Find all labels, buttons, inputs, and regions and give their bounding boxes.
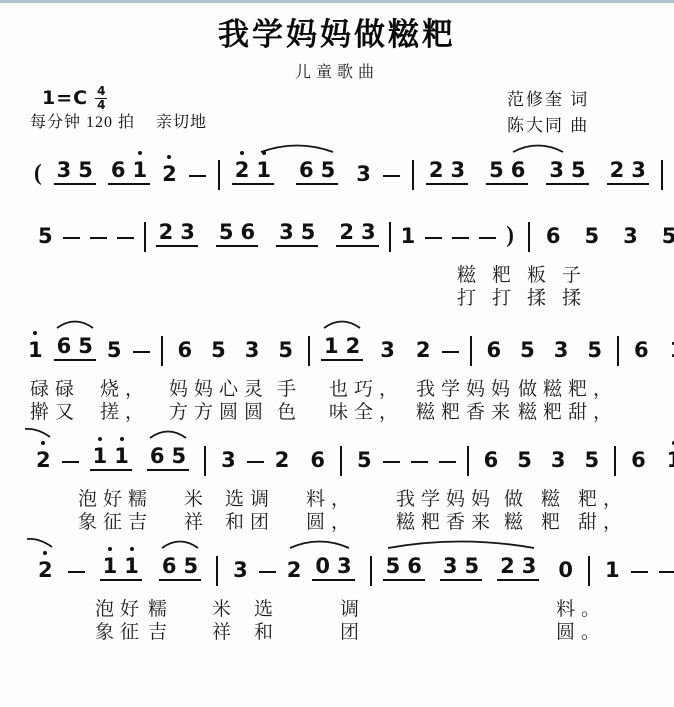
duration-dash bbox=[383, 175, 400, 178]
slur-arc bbox=[387, 537, 535, 550]
note-digit: 5 bbox=[517, 449, 532, 471]
note-digit: 5 bbox=[321, 159, 336, 181]
duration-dash bbox=[62, 461, 79, 464]
lyric-segment: 糍粑香来 bbox=[416, 397, 516, 424]
slur-arc bbox=[26, 537, 53, 550]
note-digit: 1 bbox=[93, 445, 108, 467]
note-digit: 3 bbox=[337, 555, 352, 577]
note-digit: 2 bbox=[416, 339, 431, 361]
note-digit: 6 bbox=[299, 159, 314, 181]
note-digit: 5 bbox=[585, 225, 600, 247]
rest-note: 0 bbox=[558, 559, 573, 581]
octave-dot bbox=[138, 151, 142, 155]
note-digit: 2 bbox=[346, 335, 361, 357]
octave-dot bbox=[33, 331, 37, 335]
note-digit: 3 bbox=[279, 221, 294, 243]
note-digit: 6 bbox=[546, 225, 561, 247]
note-digit: 5 bbox=[278, 339, 293, 361]
duration-dash bbox=[189, 175, 206, 178]
beam-group: 65 bbox=[147, 445, 189, 471]
lyric-segment: 全， bbox=[354, 397, 404, 424]
sheet-music-page: 我学妈妈做糍粑 儿童歌曲 1=C 4 4 每分钟 120 拍 亲切地 范修奎 词… bbox=[0, 0, 674, 707]
note-digit: 6 bbox=[631, 449, 646, 471]
note-digit: 5 bbox=[662, 225, 674, 247]
note-digit: 3 bbox=[451, 159, 466, 181]
note-digit: 3 bbox=[380, 339, 395, 361]
note-digit: 1 bbox=[124, 555, 139, 577]
lyrics-row: 碌碌烧，妈妈心灵手也巧，我学妈妈做糍粑， bbox=[0, 374, 674, 397]
octave-dot bbox=[240, 151, 244, 155]
beam-group: 23 bbox=[497, 555, 539, 581]
duration-dash bbox=[117, 237, 134, 240]
note-digit: 2 bbox=[36, 449, 51, 471]
note-digit: 3 bbox=[180, 221, 195, 243]
note-digit: 6 bbox=[150, 445, 165, 467]
lyric-segment: 吉 bbox=[148, 617, 173, 644]
duration-dash bbox=[439, 461, 456, 464]
barline bbox=[218, 160, 220, 190]
lyric-segment: 糍粑香来 bbox=[396, 507, 496, 534]
beam-group: 03 bbox=[312, 555, 354, 581]
note-digit: 3 bbox=[356, 163, 371, 185]
lyric-segment: 团 bbox=[340, 617, 365, 644]
note-digit: 6 bbox=[162, 555, 177, 577]
music-line-5: 21165320356352301 bbox=[38, 535, 674, 581]
note-digit: 3 bbox=[522, 555, 537, 577]
lyric-segment: 和 bbox=[254, 617, 279, 644]
octave-dot bbox=[130, 547, 134, 551]
note-digit: 5 bbox=[587, 339, 602, 361]
duration-dash bbox=[631, 571, 648, 574]
lyric-segment: 搓， bbox=[100, 397, 150, 424]
note-digit: 6 bbox=[111, 159, 126, 181]
note-digit: 1 bbox=[670, 339, 674, 361]
beam-group: 11 bbox=[90, 445, 132, 471]
note-digit: 3 bbox=[631, 159, 646, 181]
note-digit: 2 bbox=[38, 559, 53, 581]
duration-dash bbox=[452, 237, 469, 240]
lyrics-row: 糍粑粄子 bbox=[0, 260, 674, 283]
beam-group: 12 bbox=[321, 335, 363, 361]
lyrics-row: 打打揉揉 bbox=[0, 283, 674, 306]
note-digit: 6 bbox=[178, 339, 193, 361]
note-digit: 1 bbox=[324, 335, 339, 357]
note-digit: 5 bbox=[219, 221, 234, 243]
note-digit: 6 bbox=[511, 159, 526, 181]
lyrics-row: 象征吉祥和团圆。 bbox=[0, 617, 674, 640]
note-digit: 3 bbox=[443, 555, 458, 577]
note-digit: 2 bbox=[275, 449, 290, 471]
note-digit: 2 bbox=[287, 559, 302, 581]
note-digit: 2 bbox=[429, 159, 444, 181]
note-digit: 3 bbox=[361, 221, 376, 243]
note-digit: 5 bbox=[585, 449, 600, 471]
note-digit: 1 bbox=[133, 159, 148, 181]
duration-dash bbox=[247, 461, 264, 464]
note-digit: 5 bbox=[489, 159, 504, 181]
barline bbox=[412, 160, 414, 190]
lyric-segment: 祥 bbox=[212, 617, 237, 644]
note-digit: 1 bbox=[28, 339, 43, 361]
note-digit: 2 bbox=[162, 163, 177, 185]
barline bbox=[216, 556, 218, 586]
note-digit: 5 bbox=[465, 555, 480, 577]
beam-group: 56 bbox=[216, 221, 258, 247]
slur-arc bbox=[260, 141, 334, 154]
note-digit: 1 bbox=[401, 225, 416, 247]
lyric-segment: 甜， bbox=[578, 507, 628, 534]
slur-arc bbox=[323, 317, 361, 330]
note-digit: 5 bbox=[520, 339, 535, 361]
lyric-segment: 象征 bbox=[95, 617, 145, 644]
barline bbox=[144, 222, 146, 252]
note-digit: 5 bbox=[301, 221, 316, 243]
beam-group: 65 bbox=[54, 335, 96, 361]
duration-dash bbox=[259, 571, 276, 574]
beam-group: 35 bbox=[440, 555, 482, 581]
slur-arc bbox=[24, 427, 51, 440]
note-digit: 5 bbox=[78, 159, 93, 181]
note-digit: 5 bbox=[211, 339, 226, 361]
lyric-segment: 糍 bbox=[504, 507, 529, 534]
parenthesis: ) bbox=[506, 223, 514, 246]
note-digit: 6 bbox=[310, 449, 325, 471]
lyric-segment: 味 bbox=[329, 397, 354, 424]
note-digit: 5 bbox=[571, 159, 586, 181]
barline bbox=[204, 446, 206, 476]
duration-dash bbox=[133, 351, 150, 354]
note-digit: 3 bbox=[549, 159, 564, 181]
beam-group: 61 bbox=[108, 159, 150, 185]
lyric-segment: 擀又 bbox=[30, 397, 80, 424]
beam-group: 35 bbox=[54, 159, 96, 185]
parenthesis: ( bbox=[34, 161, 42, 184]
note-digit: 1 bbox=[667, 449, 674, 471]
barline bbox=[470, 336, 472, 366]
octave-dot bbox=[98, 437, 102, 441]
lyric-segment: 圆， bbox=[306, 507, 356, 534]
note-digit: 3 bbox=[233, 559, 248, 581]
slur-arc bbox=[289, 537, 350, 550]
barline bbox=[614, 446, 616, 476]
note-digit: 5 bbox=[38, 225, 53, 247]
lyric-segment: 色 bbox=[277, 397, 302, 424]
note-digit: 5 bbox=[357, 449, 372, 471]
barline bbox=[617, 336, 619, 366]
beam-group: 65 bbox=[159, 555, 201, 581]
beam-group: 35 bbox=[546, 159, 588, 185]
beam-group: 23 bbox=[426, 159, 468, 185]
lyric-segment: 方方圆圆 bbox=[169, 397, 269, 424]
beam-group: 11 bbox=[100, 555, 142, 581]
octave-dot bbox=[120, 437, 124, 441]
note-digit: 6 bbox=[57, 335, 72, 357]
note-digit: 6 bbox=[634, 339, 649, 361]
slur-arc bbox=[56, 317, 94, 330]
note-digit: 6 bbox=[484, 449, 499, 471]
barline bbox=[528, 222, 530, 252]
note-digit: 1 bbox=[114, 445, 129, 467]
music-line-2: 5235635231)6535 bbox=[38, 201, 674, 247]
music-line-1: (356122165323563523 bbox=[34, 139, 663, 185]
slur-arc bbox=[161, 537, 199, 550]
music-line-4: 2116532656535612 bbox=[36, 425, 674, 471]
barline bbox=[340, 446, 342, 476]
note-digit: 5 bbox=[78, 335, 93, 357]
note-digit: 3 bbox=[57, 159, 72, 181]
slur-arc bbox=[512, 141, 564, 154]
score-area: (3561221653235635235235635231)6535165565… bbox=[0, 3, 674, 707]
note-digit: 5 bbox=[107, 339, 122, 361]
note-digit: 5 bbox=[172, 445, 187, 467]
lyric-segment: 圆。 bbox=[556, 617, 606, 644]
note-digit: 3 bbox=[551, 449, 566, 471]
duration-dash bbox=[425, 237, 442, 240]
note-digit: 2 bbox=[610, 159, 625, 181]
beam-group: 56 bbox=[383, 555, 425, 581]
lyrics-row: 象征吉祥和团圆，糍粑香来糍粑甜， bbox=[0, 507, 674, 530]
beam-group: 23 bbox=[156, 221, 198, 247]
duration-dash bbox=[383, 461, 400, 464]
beam-group: 65 bbox=[296, 159, 338, 185]
barline bbox=[389, 222, 391, 252]
beam-group: 56 bbox=[486, 159, 528, 185]
note-digit: 2 bbox=[235, 159, 250, 181]
duration-dash bbox=[442, 351, 459, 354]
note-digit: 2 bbox=[500, 555, 515, 577]
octave-dot bbox=[167, 155, 171, 159]
duration-dash bbox=[411, 461, 428, 464]
barline bbox=[588, 556, 590, 586]
lyrics-row: 泡好糯米选调料，我学妈妈做糍粑， bbox=[0, 484, 674, 507]
note-digit: 1 bbox=[256, 159, 271, 181]
note-digit: 5 bbox=[386, 555, 401, 577]
lyric-segment: 打打揉揉 bbox=[457, 283, 597, 310]
note-digit: 6 bbox=[241, 221, 256, 243]
beam-group: 23 bbox=[336, 221, 378, 247]
duration-dash bbox=[90, 237, 107, 240]
octave-dot bbox=[108, 547, 112, 551]
beam-group: 23 bbox=[607, 159, 649, 185]
lyric-segment: 和团 bbox=[225, 507, 275, 534]
note-digit: 5 bbox=[184, 555, 199, 577]
lyric-segment: 糍粑甜， bbox=[518, 397, 618, 424]
barline bbox=[308, 336, 310, 366]
note-digit: 6 bbox=[407, 555, 422, 577]
note-digit: 3 bbox=[245, 339, 260, 361]
note-digit: 3 bbox=[623, 225, 638, 247]
duration-dash bbox=[63, 237, 80, 240]
music-line-3: 1655653512326535612 bbox=[28, 315, 674, 361]
beam-group: 35 bbox=[276, 221, 318, 247]
beam-group: 21 bbox=[232, 159, 274, 185]
duration-dash bbox=[68, 571, 85, 574]
barline bbox=[661, 160, 663, 190]
note-digit: 6 bbox=[487, 339, 502, 361]
note-digit: 2 bbox=[159, 221, 174, 243]
lyric-segment: 粑 bbox=[541, 507, 566, 534]
note-digit: 1 bbox=[103, 555, 118, 577]
barline bbox=[370, 556, 372, 586]
note-digit: 2 bbox=[339, 221, 354, 243]
lyric-segment: 象征吉 bbox=[78, 507, 153, 534]
octave-dot bbox=[41, 441, 45, 445]
barline bbox=[161, 336, 163, 366]
lyrics-row: 擀又搓，方方圆圆色味全，糍粑香来糍粑甜， bbox=[0, 397, 674, 420]
note-digit: 3 bbox=[554, 339, 569, 361]
note-digit: 1 bbox=[605, 559, 620, 581]
octave-dot bbox=[43, 551, 47, 555]
lyric-segment: 祥 bbox=[184, 507, 209, 534]
lyrics-row: 泡好糯米选调料。 bbox=[0, 594, 674, 617]
rest-note: 0 bbox=[315, 555, 330, 577]
note-digit: 3 bbox=[221, 449, 236, 471]
duration-dash bbox=[479, 237, 496, 240]
barline bbox=[467, 446, 469, 476]
duration-dash bbox=[659, 571, 674, 574]
slur-arc bbox=[149, 427, 187, 440]
